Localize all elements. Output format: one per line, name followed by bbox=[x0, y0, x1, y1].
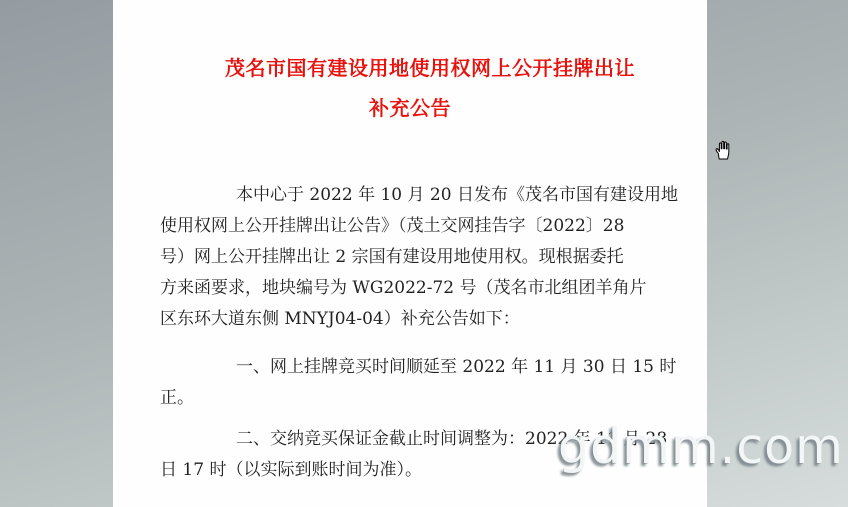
text-line: 区东环大道东侧 MNYJ04-04）补充公告如下： bbox=[160, 304, 630, 335]
document-page[interactable]: 茂名市国有建设用地使用权网上公开挂牌出让 补充公告 本中心于 2022 年 10… bbox=[113, 0, 707, 507]
open-hand-cursor bbox=[712, 138, 736, 162]
paragraph-item-2: 二、交纳竞买保证金截止时间调整为：2022 年 11 月 28 日 17 时（以… bbox=[160, 424, 630, 486]
text-line: 本中心于 2022 年 10 月 20 日发布《茂名市国有建设用地 bbox=[160, 180, 630, 211]
text-line: 一、网上挂牌竞买时间顺延至 2022 年 11 月 30 日 15 时 bbox=[160, 352, 630, 383]
text-line: 正。 bbox=[160, 383, 630, 414]
document-title-line1: 茂名市国有建设用地使用权网上公开挂牌出让 bbox=[113, 55, 707, 82]
text-line: 号）网上公开挂牌出让 2 宗国有建设用地使用权。现根据委托 bbox=[160, 242, 630, 273]
viewer-backdrop: 茂名市国有建设用地使用权网上公开挂牌出让 补充公告 本中心于 2022 年 10… bbox=[0, 0, 848, 507]
paragraph-intro: 本中心于 2022 年 10 月 20 日发布《茂名市国有建设用地 使用权网上公… bbox=[160, 180, 630, 335]
text-line: 使用权网上公开挂牌出让公告》（茂土交网挂告字〔2022〕28 bbox=[160, 211, 630, 242]
paragraph-item-1: 一、网上挂牌竞买时间顺延至 2022 年 11 月 30 日 15 时 正。 bbox=[160, 352, 630, 414]
text-line: 日 17 时（以实际到账时间为准）。 bbox=[160, 455, 630, 486]
text-line: 方来函要求，地块编号为 WG2022-72 号（茂名市北组团羊角片 bbox=[160, 273, 630, 304]
document-title-line2: 补充公告 bbox=[113, 95, 707, 122]
text-line: 二、交纳竞买保证金截止时间调整为：2022 年 11 月 28 bbox=[160, 424, 630, 455]
